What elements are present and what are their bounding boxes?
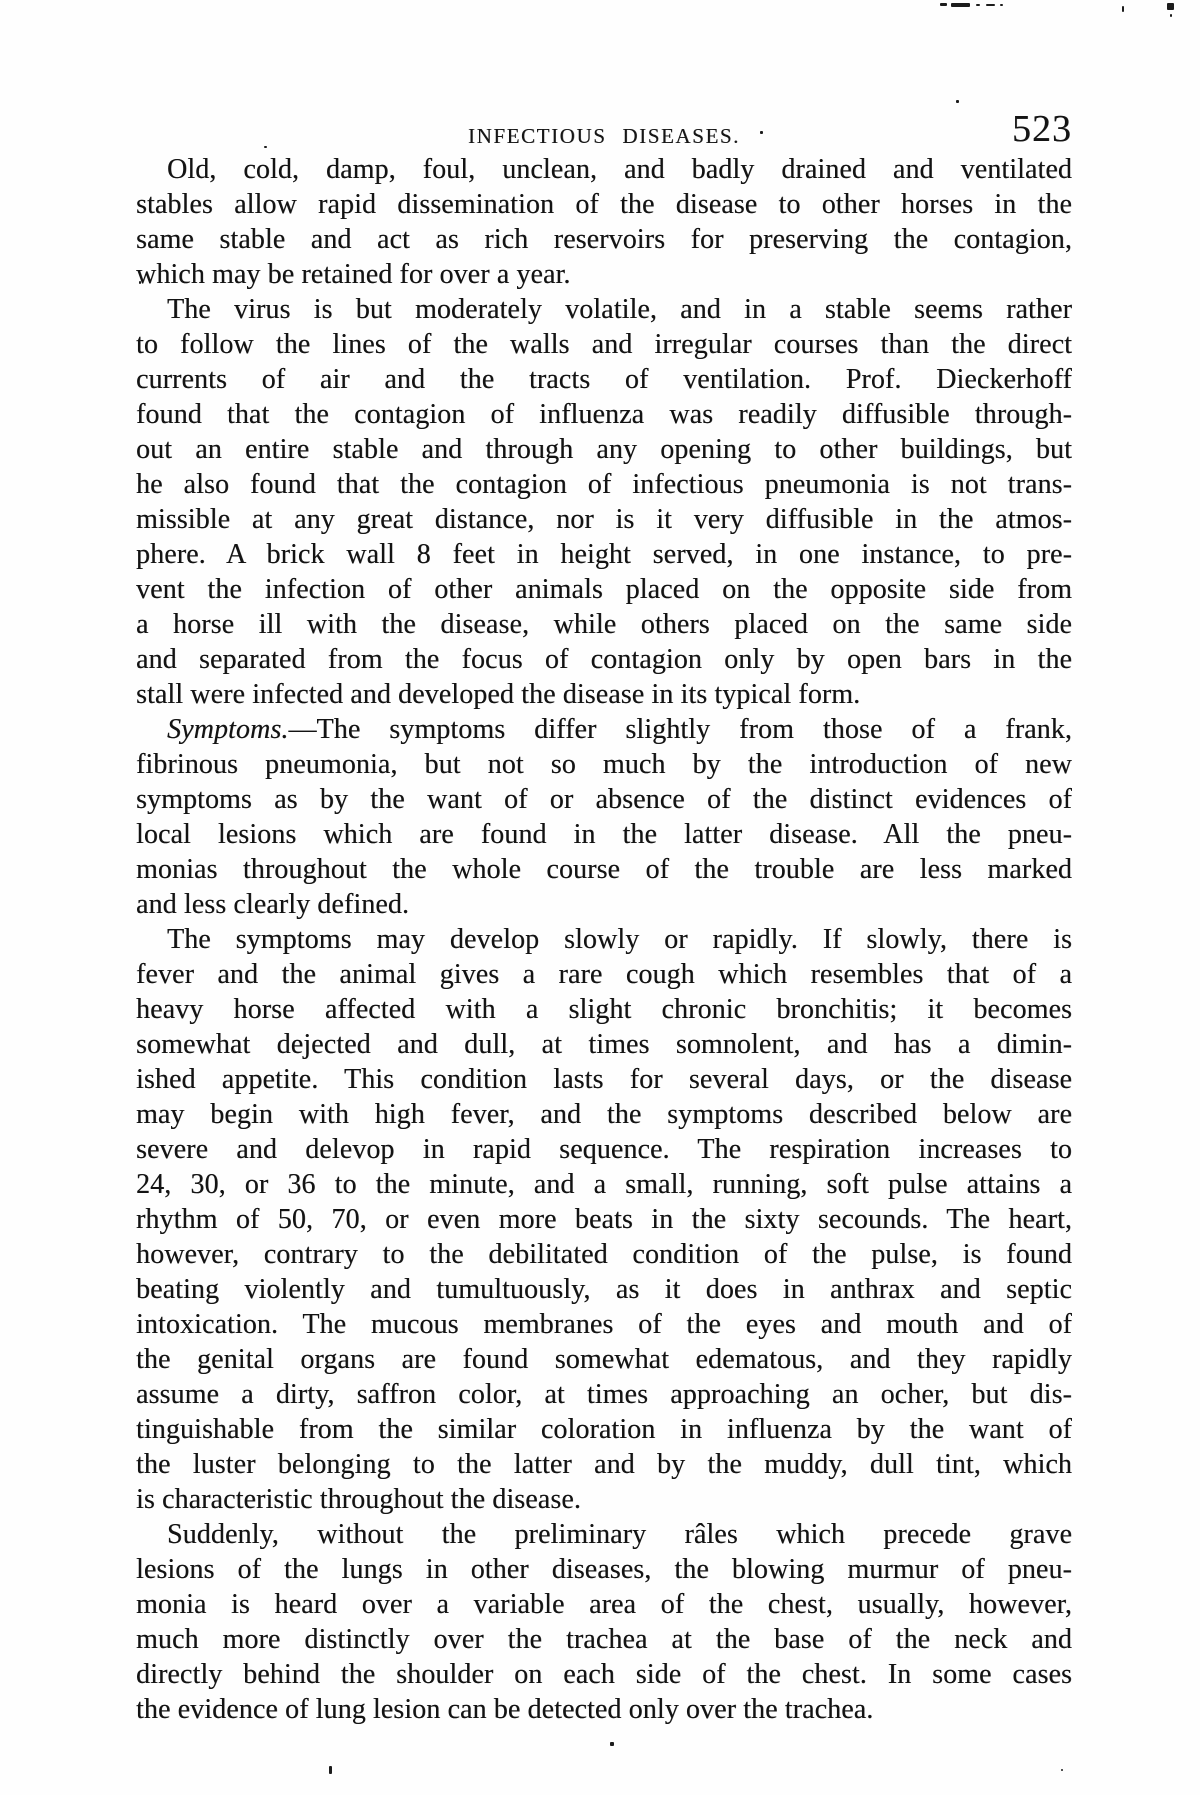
text-line: The symptoms may develop slowly or rapid… xyxy=(136,922,1072,957)
text-line: missible at any great distance, nor is i… xyxy=(136,502,1072,537)
scan-speck xyxy=(1170,14,1172,17)
scan-speck xyxy=(1061,1769,1063,1771)
text-line: Suddenly, without the preliminary râles … xyxy=(136,1517,1072,1552)
scan-speck xyxy=(1000,4,1003,6)
text-line: same stable and act as rich reservoirs f… xyxy=(136,222,1072,257)
scan-speck xyxy=(760,131,763,134)
text-line: stall were infected and developed the di… xyxy=(136,677,1072,712)
text-line: fibrinous pneumonia, but not so much by … xyxy=(136,747,1072,782)
scan-speck xyxy=(986,4,995,6)
scan-speck xyxy=(610,1742,614,1746)
text-line: the genital organs are found somewhat ed… xyxy=(136,1342,1072,1377)
paragraph: The virus is but moderately volatile, an… xyxy=(136,292,1072,712)
text-line: fever and the animal gives a rare cough … xyxy=(136,957,1072,992)
paragraph: Symptoms.—The symptoms differ slightly f… xyxy=(136,712,1072,922)
text-line: phere. A brick wall 8 feet in height ser… xyxy=(136,537,1072,572)
text-line: much more distinctly over the trachea at… xyxy=(136,1622,1072,1657)
text-line: the evidence of lung lesion can be detec… xyxy=(136,1692,1072,1727)
text-line: found that the contagion of influenza wa… xyxy=(136,397,1072,432)
text-line: the luster belonging to the latter and b… xyxy=(136,1447,1072,1482)
text-line: beating violently and tumultuously, as i… xyxy=(136,1272,1072,1307)
scan-speck xyxy=(956,100,959,103)
text-line: intoxication. The mucous membranes of th… xyxy=(136,1307,1072,1342)
text-line: and less clearly defined. xyxy=(136,887,1072,922)
text-line: vent the infection of other animals plac… xyxy=(136,572,1072,607)
scan-speck xyxy=(1122,6,1124,12)
paragraph: The symptoms may develop slowly or rapid… xyxy=(136,922,1072,1517)
text-line: out an entire stable and through any ope… xyxy=(136,432,1072,467)
scan-speck xyxy=(139,281,141,284)
text-line: The virus is but moderately volatile, an… xyxy=(136,292,1072,327)
text-line: monias throughout the whole course of th… xyxy=(136,852,1072,887)
text-line: and separated from the focus of contagio… xyxy=(136,642,1072,677)
text-line: is characteristic throughout the disease… xyxy=(136,1482,1072,1517)
text-line: severe and delevop in rapid sequence. Th… xyxy=(136,1132,1072,1167)
scan-speck xyxy=(329,1766,332,1774)
text-line: he also found that the contagion of infe… xyxy=(136,467,1072,502)
text-line: lesions of the lungs in other diseases, … xyxy=(136,1552,1072,1587)
text-line: symptoms as by the want of or absence of… xyxy=(136,782,1072,817)
scan-speck xyxy=(940,3,947,6)
text-line: monia is heard over a variable area of t… xyxy=(136,1587,1072,1622)
text-line: 24, 30, or 36 to the minute, and a small… xyxy=(136,1167,1072,1202)
text-line: ished appetite. This condition lasts for… xyxy=(136,1062,1072,1097)
paragraph: Old, cold, damp, foul, unclean, and badl… xyxy=(136,152,1072,292)
text-line: which may be retained for over a year. xyxy=(136,257,1072,292)
text-line: stables allow rapid dissemination of the… xyxy=(136,187,1072,222)
text-line: currents of air and the tracts of ventil… xyxy=(136,362,1072,397)
italic-text: Symptoms. xyxy=(167,714,288,745)
page-body: Old, cold, damp, foul, unclean, and badl… xyxy=(136,152,1072,1727)
text-line: Old, cold, damp, foul, unclean, and badl… xyxy=(136,152,1072,187)
scan-speck xyxy=(976,4,980,6)
paragraph: Suddenly, without the preliminary râles … xyxy=(136,1517,1072,1727)
text-line: may begin with high fever, and the sympt… xyxy=(136,1097,1072,1132)
text-line: somewhat dejected and dull, at times som… xyxy=(136,1027,1072,1062)
text-line: local lesions which are found in the lat… xyxy=(136,817,1072,852)
text-line: a horse ill with the disease, while othe… xyxy=(136,607,1072,642)
scan-speck xyxy=(1167,3,1174,10)
page-header: INFECTIOUS DISEASES. 523 xyxy=(136,118,1072,152)
text-line: assume a dirty, saffron color, at times … xyxy=(136,1377,1072,1412)
text-line: heavy horse affected with a slight chron… xyxy=(136,992,1072,1027)
text-line: rhythm of 50, 70, or even more beats in … xyxy=(136,1202,1072,1237)
page-number: 523 xyxy=(1012,107,1072,151)
text-line: directly behind the shoulder on each sid… xyxy=(136,1657,1072,1692)
text-segment: —The symptoms differ slightly from those… xyxy=(288,714,1072,745)
text-line: Symptoms.—The symptoms differ slightly f… xyxy=(136,712,1072,747)
running-title: INFECTIOUS DISEASES. xyxy=(136,124,1072,149)
book-page: INFECTIOUS DISEASES. 523 Old, cold, damp… xyxy=(0,0,1200,1795)
text-line: to follow the lines of the walls and irr… xyxy=(136,327,1072,362)
scan-speck xyxy=(951,3,970,7)
text-line: however, contrary to the debilitated con… xyxy=(136,1237,1072,1272)
text-line: tinguishable from the similar coloration… xyxy=(136,1412,1072,1447)
scan-speck xyxy=(264,146,267,148)
